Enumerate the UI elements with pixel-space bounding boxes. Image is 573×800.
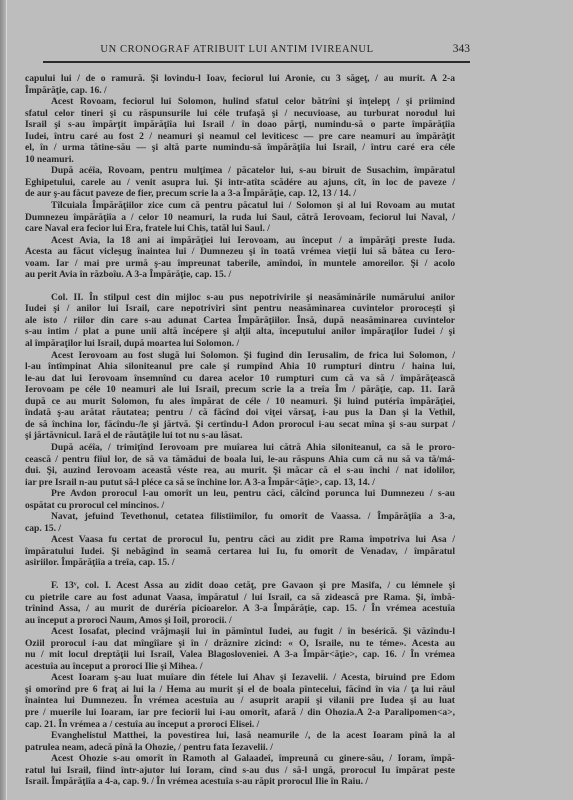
paragraph: Acest Ioaram ş-au luat muîare din fétele…: [25, 672, 455, 730]
text-line: F. 13ᵛ, col. I. Acest Assa au zidit doao…: [25, 580, 455, 592]
text-line: le-au dat lui Ierovoam însemnînd cu dare…: [25, 373, 455, 385]
text-line: au perit Avia în războîu. A 3-a Împărăţi…: [25, 269, 455, 281]
text-line: cap. 15. /: [25, 523, 455, 535]
text-line: Împărăţie, cap. 16. /: [25, 85, 455, 97]
text-line: Israil şi s-au împărţit împărăţiîa lui I…: [25, 119, 455, 131]
text-line: cească / pentru fiîul lor, de să va tămă…: [25, 454, 455, 466]
text-line: al împăraţilor lui Israil, după moartea …: [25, 338, 455, 350]
paragraph: Evanghelistul Matthei, la povestirea lui…: [25, 730, 455, 753]
paragraph: Col. II. În stîlpul cest din mijloc s-au…: [25, 292, 455, 350]
text-line: acestuîa au început a proroci Ilie şi Mi…: [25, 661, 455, 673]
text-line: După acéîa, / trimiţînd Ierovoam pre muî…: [25, 442, 455, 454]
text-line: Acest Ioaram ş-au luat muîare din fétele…: [25, 672, 455, 684]
text-line: Israil. Împărăţiîa a 4-a, cap. 9. / În v…: [25, 776, 455, 788]
paragraph: Acest Ohozie s-au omorît în Ramoth al Ga…: [25, 753, 455, 788]
section-break: [25, 569, 455, 580]
text-line: pre / muerile lui Ioaram, iar pre fecior…: [25, 707, 455, 719]
paragraph: capului lui / de o ramură. Şi lovindu-l …: [25, 73, 455, 96]
text-line: Navat, jefuind Tevethonul, cetatea filis…: [25, 511, 455, 523]
text-line: Acest Vaasa fu certat de prorocul Iu, pe…: [25, 534, 455, 546]
text-line: dui. Şi, auzind Ierovoam această véste r…: [25, 465, 455, 477]
paragraph: Acest Avia, la 18 ani ai împărăţiei lui …: [25, 235, 455, 281]
paragraph: După acéîa, / trimiţînd Ierovoam pre muî…: [25, 442, 455, 488]
text-line: înaintea lui Dumnezeu. În vrémea acestuî…: [25, 695, 455, 707]
text-line: Iudei, întru caré au fost 2 / neamuri şi…: [25, 131, 455, 143]
text-line: şi omorînd pre 6 fraţ ai lui la / Hema a…: [25, 684, 455, 696]
text-line: asiriilor. Împărăţiîa a treîa, cap. 15. …: [25, 557, 455, 569]
text-line: Ierovoam pe céle 10 neamuri ale lui Isra…: [25, 384, 455, 396]
text-line: După acéîa, Rovoam, pentru mulţimea / pă…: [25, 165, 455, 177]
text-line: au început a proroci Naum, Amos şi Ioil,…: [25, 615, 455, 627]
text-line: ospătat cu prorocul cel mincinos. /: [25, 500, 455, 512]
text-line: Iudei şi / anilor lui Israil, care nepot…: [25, 303, 455, 315]
text-section: F. 13ᵛ, col. I. Acest Assa au zidit doao…: [25, 580, 455, 788]
text-line: după ce au murit Solomon, fu ales împăra…: [25, 396, 455, 408]
text-line: Eghipetului, carele au / venit asupra lu…: [25, 177, 455, 189]
text-line: ale isto / riilor din care s-au adunat C…: [25, 315, 455, 327]
text-line: Oziil prorocul i-au dat mîngîîare şi în …: [25, 638, 455, 650]
text-line: capului lui / de o ramură. Şi lovindu-l …: [25, 73, 455, 85]
text-line: Acest Rovoam, feciorul lui Solomon, huli…: [25, 96, 455, 108]
text-line: Dumnezeu împărăţiîa a / celor 10 neamuri…: [25, 212, 455, 224]
paragraph: Pre Avdon prorocul l-au omorît un leu, p…: [25, 488, 455, 511]
text-line: cu pietrile care au fost adunat Vaasa, î…: [25, 592, 455, 604]
paragraph: F. 13ᵛ, col. I. Acest Assa au zidit doao…: [25, 580, 455, 626]
text-line: Acest Avia, la 18 ani ai împărăţiei lui …: [25, 235, 455, 247]
paragraph: Acest Rovoam, feciorul lui Solomon, huli…: [25, 96, 455, 165]
text-section: capului lui / de o ramură. Şi lovindu-l …: [25, 73, 455, 281]
text-line: de să închina lor, făcîndu-/le şi jărtvă…: [25, 419, 455, 431]
text-line: Pre Avdon prorocul l-au omorît un leu, p…: [25, 488, 455, 500]
paragraph: Acest Vaasa fu certat de prorocul Iu, pe…: [25, 534, 455, 569]
text-line: sfatul celor tineri şi cu răspunsurile l…: [25, 108, 455, 120]
text-line: l-au întîmpinat Ahia siloniteanul pre ca…: [25, 361, 455, 373]
text-line: Acesta au făcut vicleşug înaintea lui / …: [25, 246, 455, 258]
header-rule: [43, 61, 470, 63]
text-line: trînind Assa, / au murit de durérîa pici…: [25, 603, 455, 615]
text-line: Evanghelistul Matthei, la povestirea lui…: [25, 730, 455, 742]
text-line: îndată ş-au arătat răutatea; pentru / că…: [25, 407, 455, 419]
paragraph: Acest Ierovoam au fost slugă lui Solomon…: [25, 350, 455, 442]
section-break: [25, 281, 455, 292]
text-line: Col. II. În stîlpul cest din mijloc s-au…: [25, 292, 455, 304]
text-line: Tîlcuiala Împărăţiilor zice cum că pentr…: [25, 200, 455, 212]
page-edge-highlight: [6, 0, 7, 800]
text-line: de aur ş-au făcut paveze de fier, precum…: [25, 188, 455, 200]
paragraph: Tîlcuiala Împărăţiilor zice cum că pentr…: [25, 200, 455, 235]
text-line: patrulea neam, adecă pînă la Ohozie, / p…: [25, 742, 455, 754]
body-text: capului lui / de o ramură. Şi lovindu-l …: [25, 73, 455, 788]
text-line: s-au intim / plat a pune unii altă încép…: [25, 326, 455, 338]
page-number: 343: [453, 43, 470, 55]
text-line: 10 neamuri.: [25, 154, 455, 166]
text-line: care Naval era fecior lui Era, fratele l…: [25, 223, 455, 235]
text-line: nu / mit locul dreptăţii lui Israil, Val…: [25, 649, 455, 661]
running-header: UN CRONOGRAF ATRIBUIT LUI ANTIM IVIREANU…: [44, 44, 470, 60]
text-line: el, în / urma tătine-său — şi altă parte…: [25, 142, 455, 154]
text-line: voam. Iar / mai pre urmă ş-au împreunat …: [25, 258, 455, 270]
paragraph: Acest Iosafat, plecind vrăjmaşii lui în …: [25, 626, 455, 672]
running-title: UN CRONOGRAF ATRIBUIT LUI ANTIM IVIREANU…: [44, 44, 430, 55]
text-line: şi jărtăvnicul. Iară el de răutăţile lui…: [25, 430, 455, 442]
text-line: iar pre Israil n-au putut să-l plécе ca …: [25, 477, 455, 489]
paragraph: Navat, jefuind Tevethonul, cetatea filis…: [25, 511, 455, 534]
text-line: Acest Ierovoam au fost slugă lui Solomon…: [25, 350, 455, 362]
text-line: ratul lui Israil, fiind într-ajutor lui …: [25, 765, 455, 777]
text-section: Col. II. În stîlpul cest din mijloc s-au…: [25, 292, 455, 569]
text-line: Acest Iosafat, plecind vrăjmaşii lui în …: [25, 626, 455, 638]
text-line: cap. 21. În vrémea a / cestuîa au începu…: [25, 719, 455, 731]
text-line: împăratului Iudei. Şi nebăgînd în seamă …: [25, 546, 455, 558]
text-line: Acest Ohozie s-au omorît în Ramoth al Ga…: [25, 753, 455, 765]
paragraph: După acéîa, Rovoam, pentru mulţimea / pă…: [25, 165, 455, 200]
